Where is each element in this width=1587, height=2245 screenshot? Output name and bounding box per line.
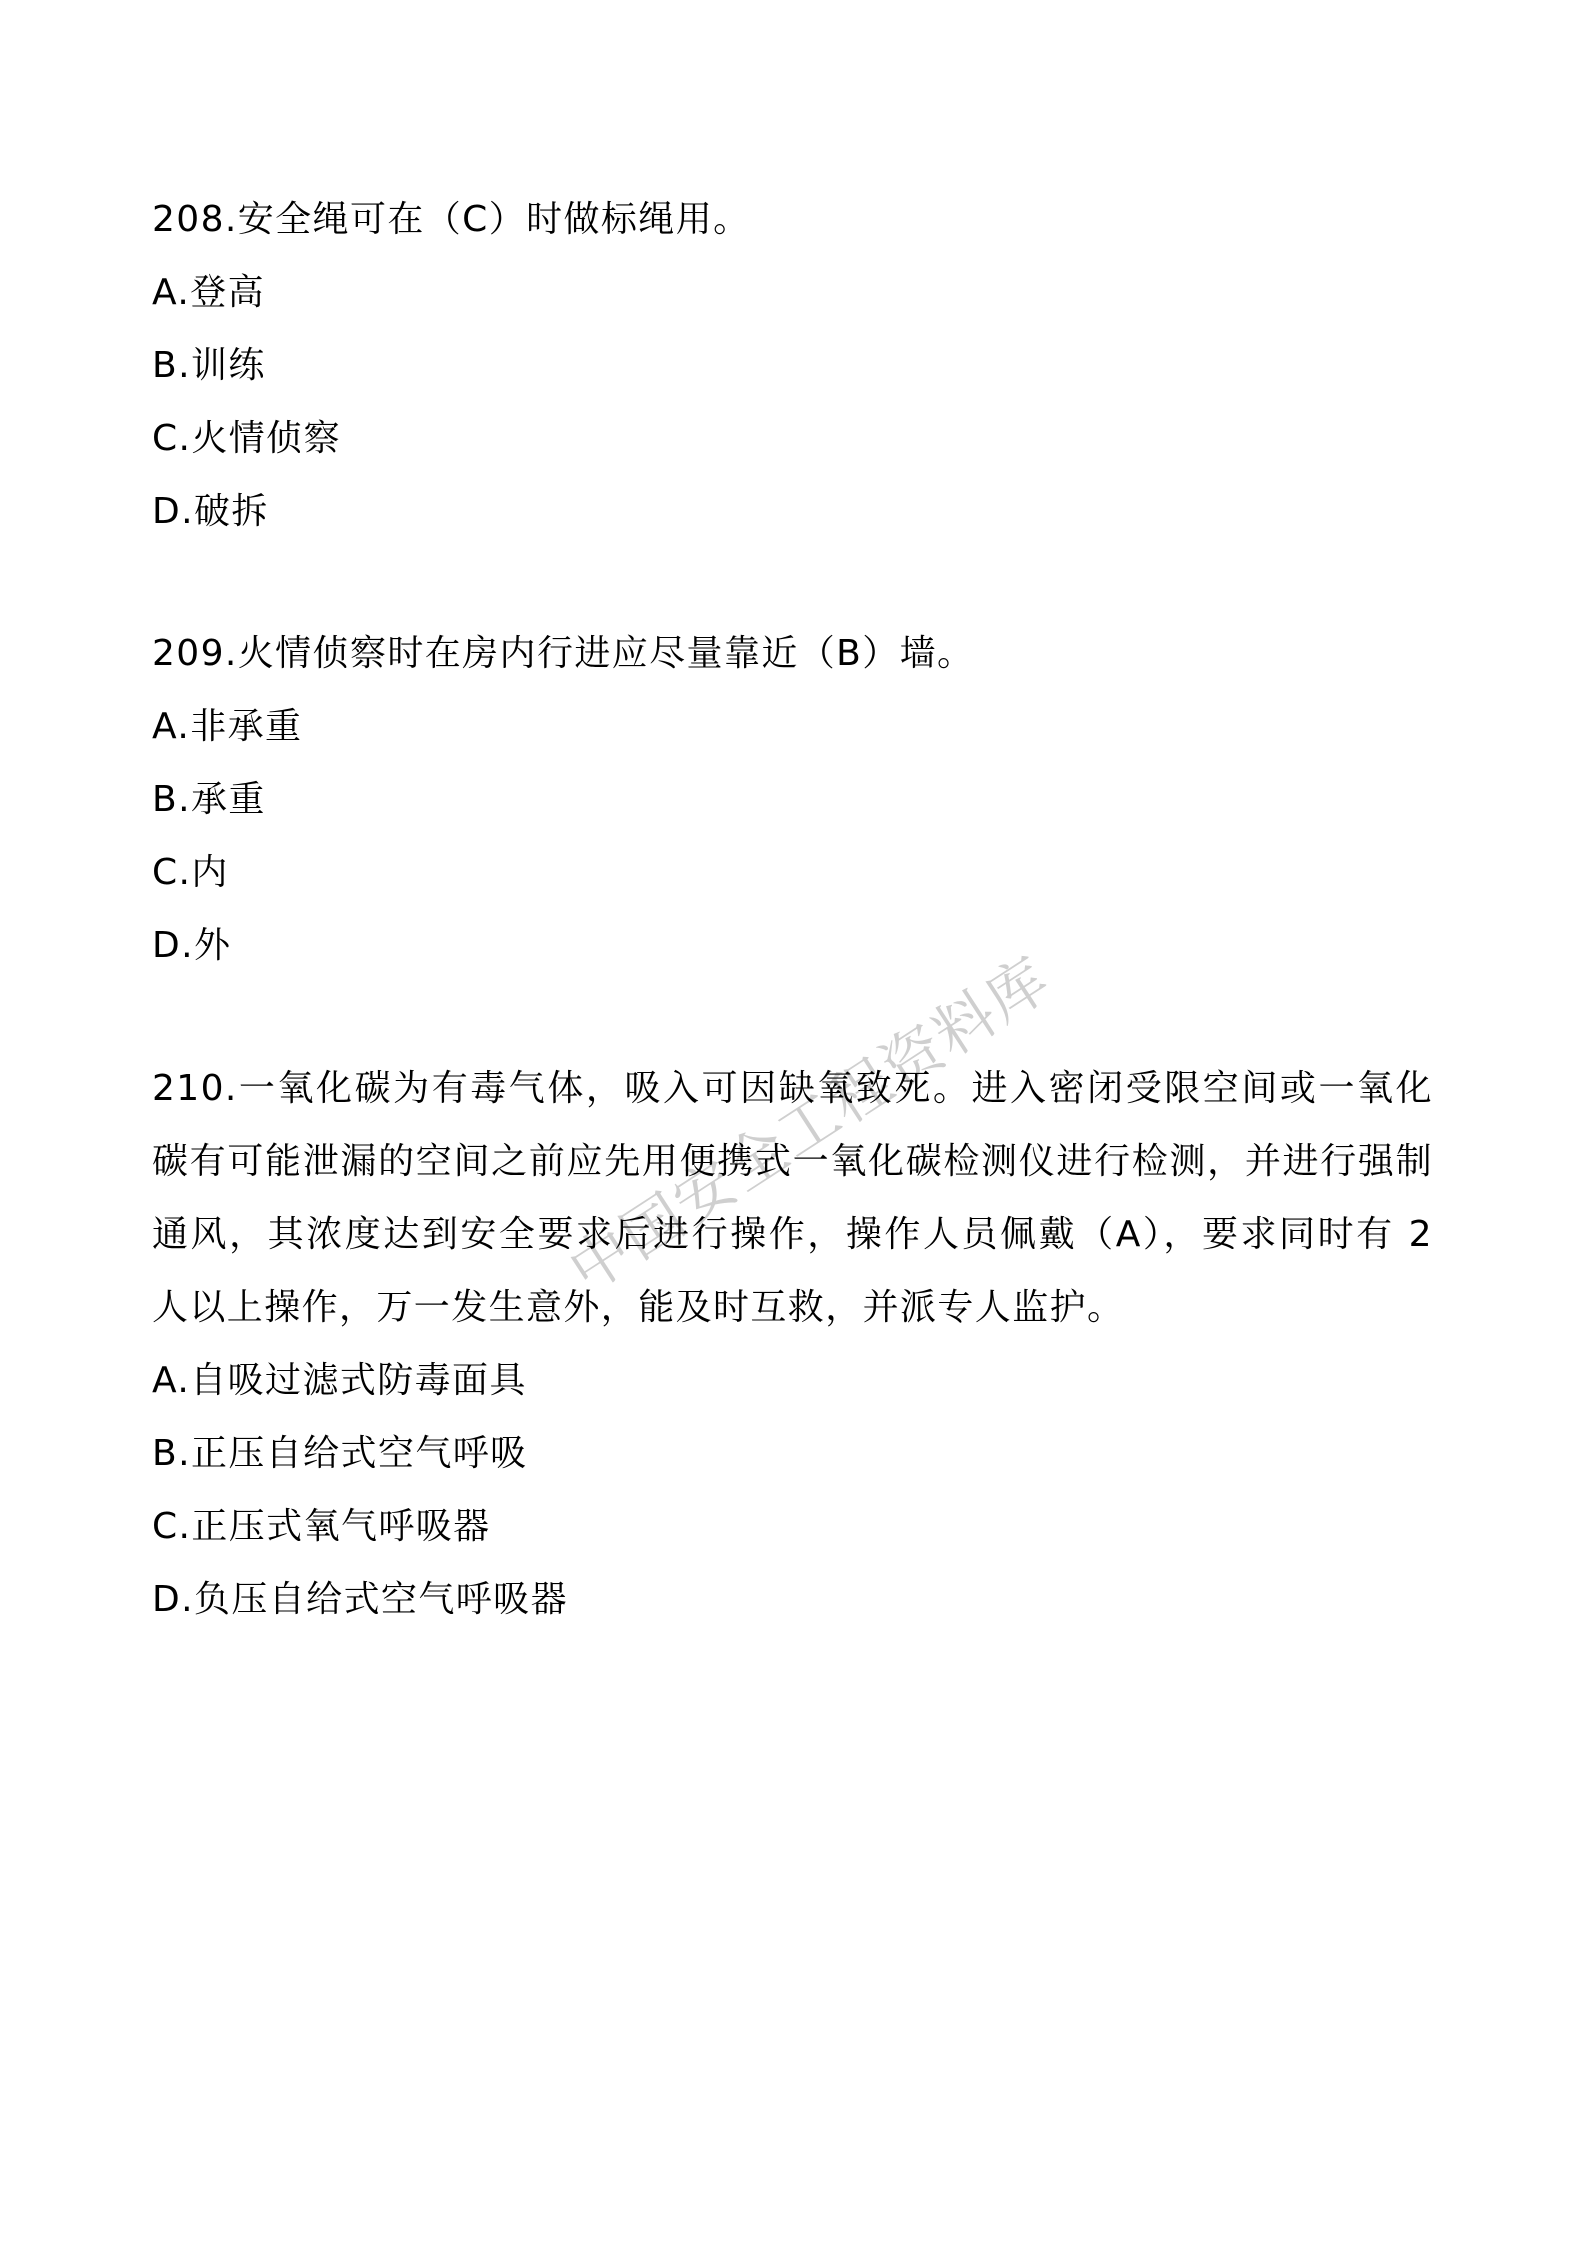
option-d: D.破拆: [152, 475, 1433, 548]
option-a: A.登高: [152, 256, 1433, 329]
option-list: A.非承重 B.承重 C.内 D.外: [152, 690, 1433, 982]
option-list: A.登高 B.训练 C.火情侦察 D.破拆: [152, 256, 1433, 548]
option-a: A.非承重: [152, 690, 1433, 763]
option-list: A.自吸过滤式防毒面具 B.正压自给式空气呼吸 C.正压式氧气呼吸器 D.负压自…: [152, 1344, 1433, 1636]
option-c: C.正压式氧气呼吸器: [152, 1490, 1433, 1563]
option-b: B.训练: [152, 329, 1433, 402]
question-stem: 208.安全绳可在（C）时做标绳用。: [152, 183, 1433, 256]
document-page: 中国安全工程资料库 208.安全绳可在（C）时做标绳用。 A.登高 B.训练 C…: [0, 0, 1587, 2245]
option-c: C.内: [152, 836, 1433, 909]
option-b: B.正压自给式空气呼吸: [152, 1417, 1433, 1490]
option-a: A.自吸过滤式防毒面具: [152, 1344, 1433, 1417]
option-b: B.承重: [152, 763, 1433, 836]
question-210: 210.一氧化碳为有毒气体，吸入可因缺氧致死。进入密闭受限空间或一氧化碳有可能泄…: [152, 1052, 1433, 1636]
question-209: 209.火情侦察时在房内行进应尽量靠近（B）墙。 A.非承重 B.承重 C.内 …: [152, 617, 1433, 982]
option-d: D.负压自给式空气呼吸器: [152, 1563, 1433, 1636]
option-c: C.火情侦察: [152, 402, 1433, 475]
question-208: 208.安全绳可在（C）时做标绳用。 A.登高 B.训练 C.火情侦察 D.破拆: [152, 183, 1433, 548]
question-stem: 210.一氧化碳为有毒气体，吸入可因缺氧致死。进入密闭受限空间或一氧化碳有可能泄…: [152, 1052, 1433, 1344]
question-stem: 209.火情侦察时在房内行进应尽量靠近（B）墙。: [152, 617, 1433, 690]
option-d: D.外: [152, 909, 1433, 982]
